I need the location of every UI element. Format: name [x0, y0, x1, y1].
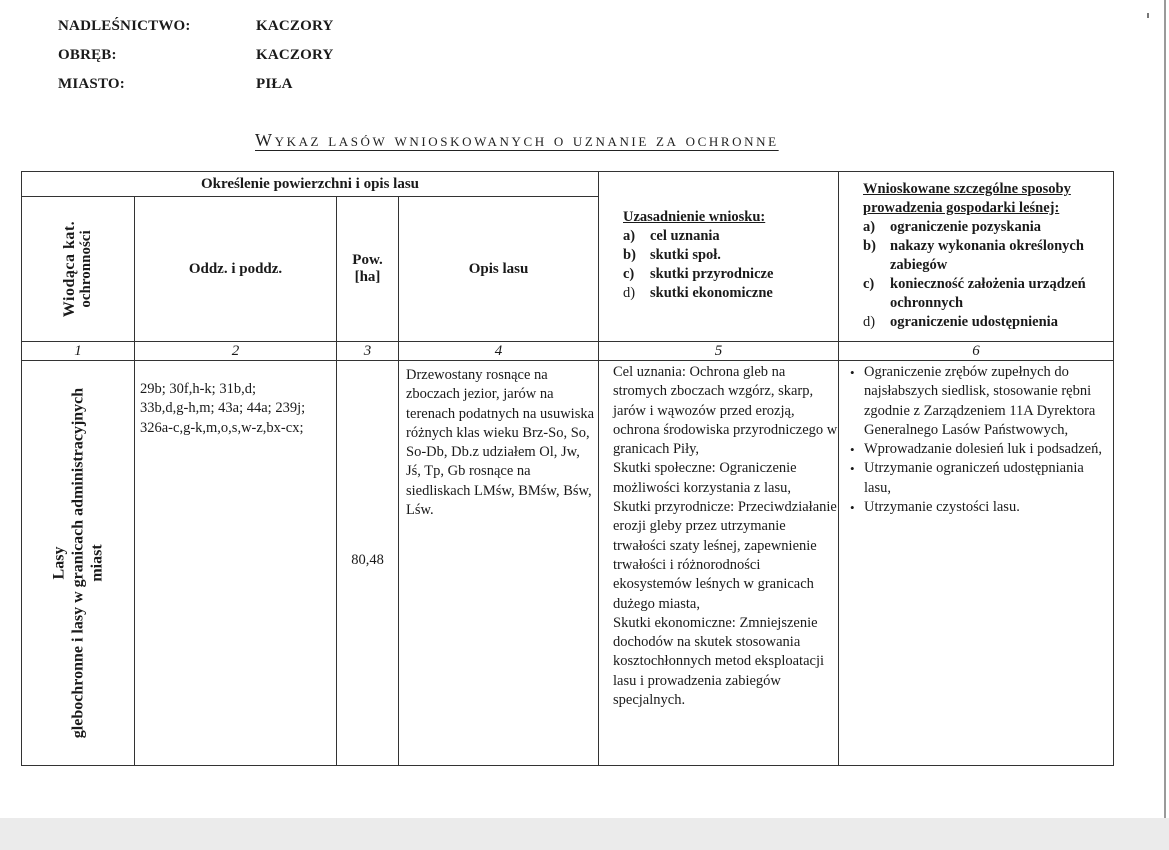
ways-legend: a)ograniczenie pozyskania b)nakazy wykon…	[863, 218, 1113, 332]
field-value: PIŁA	[256, 76, 293, 93]
forest-table: Określenie powierzchni i opis lasu Uzasa…	[21, 171, 1114, 766]
column-number-row: 1 2 3 4 5 6	[22, 342, 1114, 361]
cell-oddz: 29b; 30f,h-k; 31b,d; 33b,d,g-h,m; 43a; 4…	[135, 361, 337, 766]
table-row: Lasy glebochronne i lasy w granicach adm…	[22, 361, 1114, 766]
ways-title-line2: prowadzenia gospodarki leśnej:	[863, 199, 1113, 218]
legend-item: d)ograniczenie udostępnienia	[863, 313, 1113, 332]
ways-title-line1: Wnioskowane szczególne sposoby	[863, 180, 1113, 199]
bullet-item: Wprowadzanie dolesień luk i podsadzeń,	[849, 440, 1113, 459]
col-number: 3	[337, 342, 399, 361]
legend-item: b)nakazy wykonania określonych zabiegów	[863, 237, 1113, 275]
col-header-oddz: Oddz. i poddz.	[135, 197, 337, 342]
scan-bottom-strip	[0, 818, 1169, 850]
cell-area: 80,48	[337, 361, 399, 766]
col-header-opis: Opis lasu	[399, 197, 599, 342]
col-header-category: Wiodąca kat. ochronności	[22, 197, 135, 342]
legend-item: c)skutki przyrodnicze	[623, 265, 838, 284]
col-number: 4	[399, 342, 599, 361]
group-header: Określenie powierzchni i opis lasu	[22, 172, 599, 197]
justification-header: Uzasadnienie wniosku: a)cel uznania b)sk…	[599, 172, 839, 342]
field-value: KACZORY	[256, 18, 334, 35]
field-label: NADLEŚNICTWO:	[58, 18, 191, 35]
document-title: Wykaz lasów wnioskowanych o uznanie za o…	[255, 130, 955, 151]
scan-edge-line	[1164, 0, 1166, 818]
field-label: MIASTO:	[58, 76, 125, 93]
field-value: KACZORY	[256, 47, 334, 64]
col-header-pow: Pow.[ha]	[337, 197, 399, 342]
cell-justification: Cel uznania: Ochrona gleb na stromych zb…	[599, 361, 839, 766]
bullet-item: Utrzymanie ograniczeń udostępniania lasu…	[849, 459, 1113, 498]
ways-header: Wnioskowane szczególne sposoby prowadzen…	[839, 172, 1114, 342]
legend-item: a)ograniczenie pozyskania	[863, 218, 1113, 237]
field-label: OBRĘB:	[58, 47, 117, 64]
justification-legend: a)cel uznania b)skutki społ. c)skutki pr…	[623, 227, 838, 303]
legend-item: a)cel uznania	[623, 227, 838, 246]
legend-item: c)konieczność założenia urządzeń ochronn…	[863, 275, 1113, 313]
justification-title: Uzasadnienie wniosku:	[623, 208, 838, 227]
legend-item: b)skutki społ.	[623, 246, 838, 265]
col-number: 1	[22, 342, 135, 361]
scan-speck	[1147, 13, 1149, 18]
bullet-item: Utrzymanie czystości lasu.	[849, 498, 1113, 517]
col-number: 2	[135, 342, 337, 361]
cell-description: Drzewostany rosnące na zboczach jezior, …	[399, 361, 599, 766]
header-row-group: Określenie powierzchni i opis lasu Uzasa…	[22, 172, 1114, 197]
bullet-item: Ograniczenie zrębów zupełnych do najsłab…	[849, 363, 1113, 440]
col-number: 6	[839, 342, 1114, 361]
cell-category: Lasy glebochronne i lasy w granicach adm…	[22, 361, 135, 766]
cell-management-ways: Ograniczenie zrębów zupełnych do najsłab…	[839, 361, 1114, 766]
legend-item: d)skutki ekonomiczne	[623, 284, 838, 303]
col-number: 5	[599, 342, 839, 361]
